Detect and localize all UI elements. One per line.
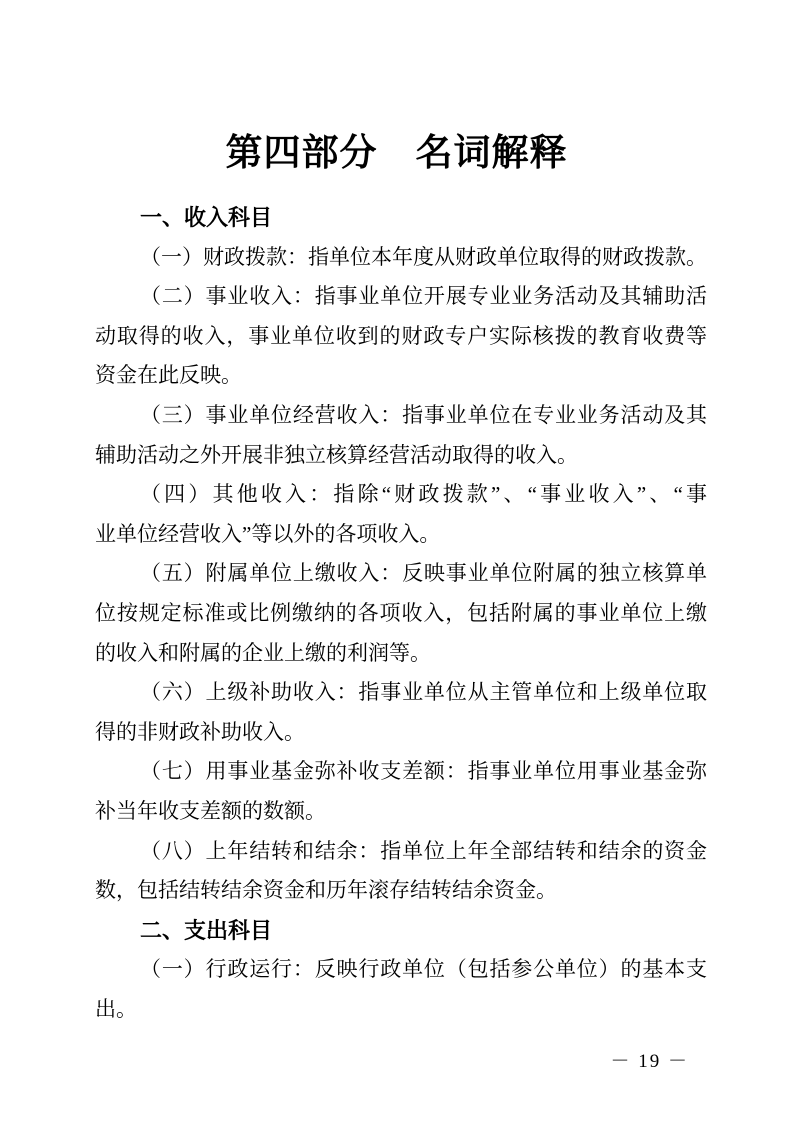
body-line: 业单位经营收入”等以外的各项收入。	[95, 515, 707, 555]
section-heading-expenditure: 二、支出科目	[95, 911, 707, 951]
body-line: （三）事业单位经营收入：指事业单位在专业业务活动及其	[95, 396, 707, 436]
body-line: 位按规定标准或比例缴纳的各项收入，包括附属的事业单位上缴	[95, 594, 707, 634]
body-line: 辅助活动之外开展非独立核算经营活动取得的收入。	[95, 436, 707, 476]
body-line: （四）其他收入：指除“财政拨款”、“事业收入”、“事	[95, 475, 707, 515]
section-heading-income: 一、收入科目	[95, 198, 707, 238]
body-line: 的收入和附属的企业上缴的利润等。	[95, 634, 707, 674]
body-line: （八）上年结转和结余：指单位上年全部结转和结余的资金	[95, 832, 707, 872]
page-title: 第四部分 名词解释	[0, 122, 793, 176]
body-line: （六）上级补助收入：指事业单位从主管单位和上级单位取	[95, 673, 707, 713]
body-line: （一）财政拨款：指单位本年度从财政单位取得的财政拨款。	[95, 238, 707, 278]
body-line: 动取得的收入，事业单位收到的财政专户实际核拨的教育收费等	[95, 317, 707, 357]
body-line: 补当年收支差额的数额。	[95, 792, 707, 832]
body-line: 数，包括结转结余资金和历年滚存结转结余资金。	[95, 871, 707, 911]
page-number: － 19 －	[610, 1046, 689, 1073]
body-line: （五）附属单位上缴收入：反映事业单位附属的独立核算单	[95, 554, 707, 594]
body-line: 得的非财政补助收入。	[95, 713, 707, 753]
document-page: 第四部分 名词解释 一、收入科目 （一）财政拨款：指单位本年度从财政单位取得的财…	[0, 0, 793, 1122]
body-line: 出。	[95, 990, 707, 1030]
body-line: 资金在此反映。	[95, 356, 707, 396]
document-body: 一、收入科目 （一）财政拨款：指单位本年度从财政单位取得的财政拨款。 （二）事业…	[95, 198, 707, 1029]
body-line: （二）事业收入：指事业单位开展专业业务活动及其辅助活	[95, 277, 707, 317]
body-line: （七）用事业基金弥补收支差额：指事业单位用事业基金弥	[95, 752, 707, 792]
body-line: （一）行政运行：反映行政单位（包括参公单位）的基本支	[95, 950, 707, 990]
